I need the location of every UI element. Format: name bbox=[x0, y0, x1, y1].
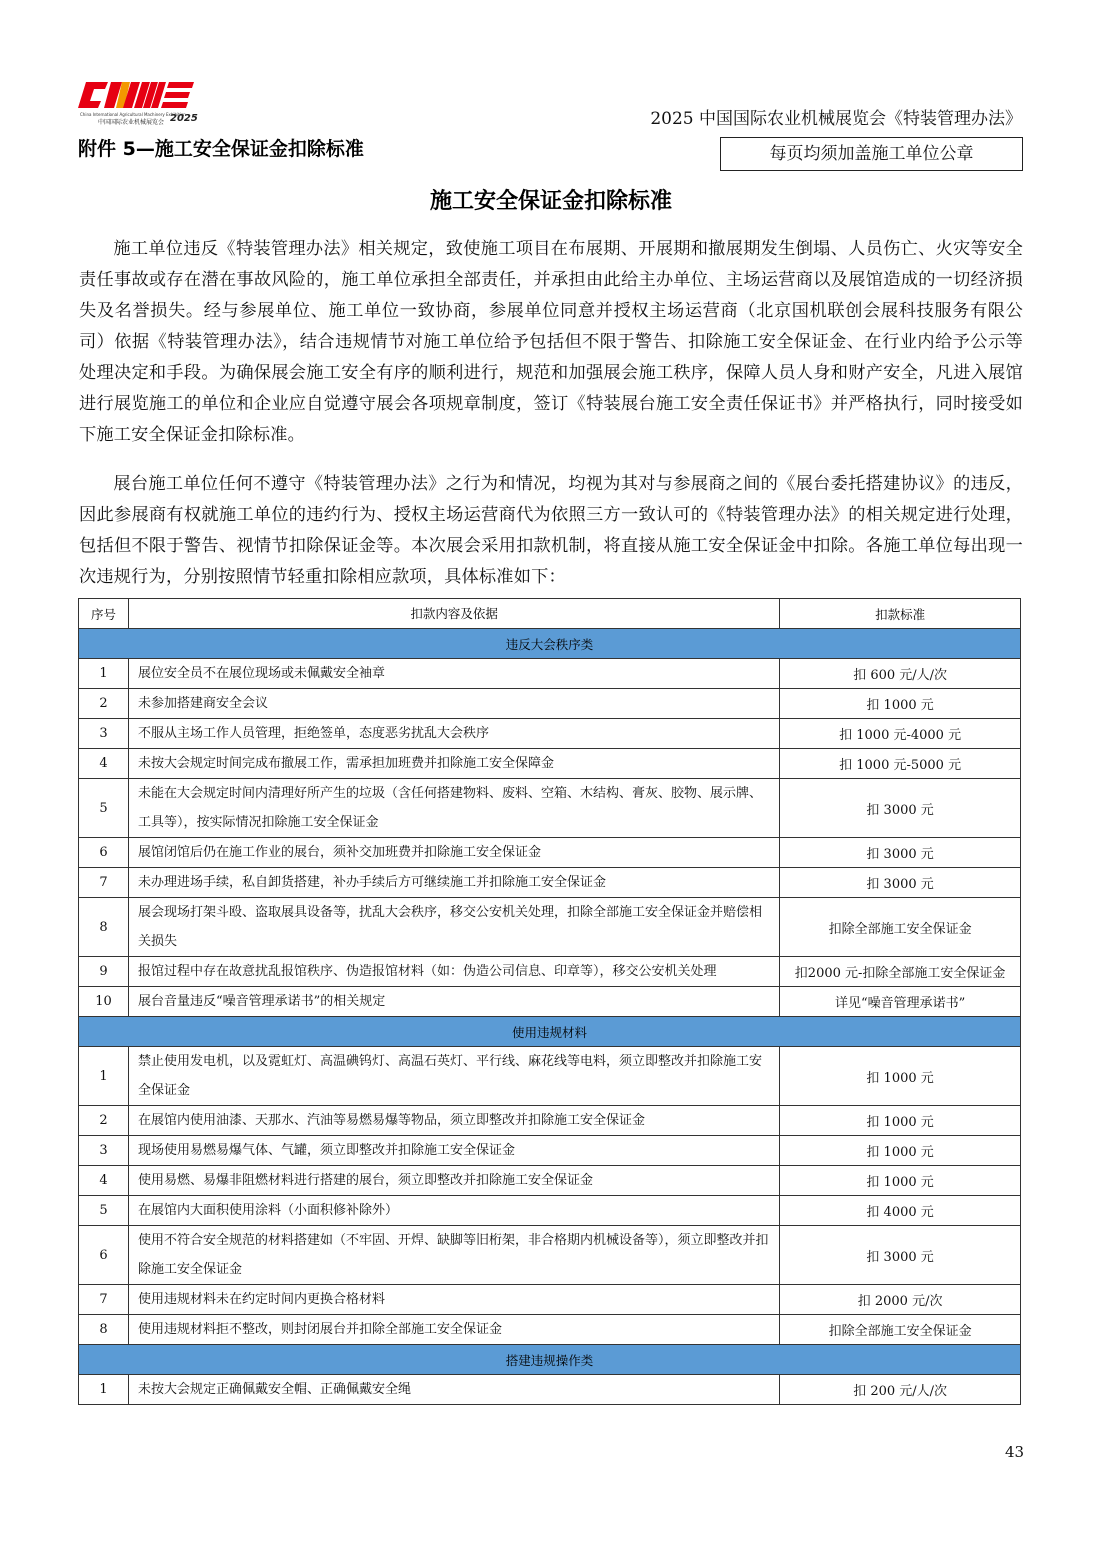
came-logo-mark-icon bbox=[78, 80, 194, 110]
row-no: 1 bbox=[79, 1375, 129, 1405]
attachment-title: 附件 5—施工安全保证金扣除标准 bbox=[78, 134, 364, 161]
row-standard: 扣 4000 元 bbox=[780, 1196, 1021, 1226]
row-no: 1 bbox=[79, 659, 129, 689]
row-content: 使用易燃、易爆非阻燃材料进行搭建的展台，须立即整改并扣除施工安全保证金 bbox=[128, 1166, 779, 1196]
table-row: 3不服从主场工作人员管理，拒绝签单，态度恶劣扰乱大会秩序扣 1000 元-400… bbox=[79, 719, 1021, 749]
row-standard: 扣 3000 元 bbox=[780, 838, 1021, 868]
row-no: 4 bbox=[79, 1166, 129, 1196]
row-no: 10 bbox=[79, 987, 129, 1017]
row-content: 未办理进场手续，私自卸货搭建，补办手续后方可继续施工并扣除施工安全保证金 bbox=[128, 868, 779, 898]
row-standard: 扣 200 元/人/次 bbox=[780, 1375, 1021, 1405]
table-row: 5未能在大会规定时间内清理好所产生的垃圾（含任何搭建物料、废料、空箱、木结构、膏… bbox=[79, 779, 1021, 838]
table-row: 6使用不符合安全规范的材料搭建如（不牢固、开焊、缺脚等旧桁架，非合格期内机械设备… bbox=[79, 1226, 1021, 1285]
row-no: 7 bbox=[79, 1285, 129, 1315]
page-number: 43 bbox=[1005, 1443, 1024, 1461]
intro-paragraph-2: 展台施工单位任何不遵守《特装管理办法》之行为和情况，均视为其对与参展商之间的《展… bbox=[79, 469, 1023, 593]
row-standard: 扣 600 元/人/次 bbox=[780, 659, 1021, 689]
table-row: 7使用违规材料未在约定时间内更换合格材料扣 2000 元/次 bbox=[79, 1285, 1021, 1315]
table-row: 4使用易燃、易爆非阻燃材料进行搭建的展台，须立即整改并扣除施工安全保证金扣 10… bbox=[79, 1166, 1021, 1196]
row-no: 1 bbox=[79, 1047, 129, 1106]
row-content: 现场使用易燃易爆气体、气罐，须立即整改并扣除施工安全保证金 bbox=[128, 1136, 779, 1166]
row-content: 报馆过程中存在故意扰乱报馆秩序、伪造报馆材料（如：伪造公司信息、印章等），移交公… bbox=[128, 957, 779, 987]
row-content: 使用不符合安全规范的材料搭建如（不牢固、开焊、缺脚等旧桁架，非合格期内机械设备等… bbox=[128, 1226, 779, 1285]
page-title: 施工安全保证金扣除标准 bbox=[0, 184, 1102, 215]
section-header-order: 违反大会秩序类 bbox=[79, 629, 1021, 659]
row-standard: 扣除全部施工安全保证金 bbox=[780, 1315, 1021, 1345]
section-header-operations: 搭建违规操作类 bbox=[79, 1345, 1021, 1375]
stamp-notice-box: 每页均须加盖施工单位公章 bbox=[720, 137, 1023, 171]
row-no: 8 bbox=[79, 1315, 129, 1345]
row-content: 不服从主场工作人员管理，拒绝签单，态度恶劣扰乱大会秩序 bbox=[128, 719, 779, 749]
row-standard: 扣 2000 元/次 bbox=[780, 1285, 1021, 1315]
table-row: 3现场使用易燃易爆气体、气罐，须立即整改并扣除施工安全保证金扣 1000 元 bbox=[79, 1136, 1021, 1166]
table-row: 1展位安全员不在展位现场或未佩戴安全袖章扣 600 元/人/次 bbox=[79, 659, 1021, 689]
row-no: 6 bbox=[79, 838, 129, 868]
row-no: 5 bbox=[79, 779, 129, 838]
table-row: 10展台音量违反“噪音管理承诺书”的相关规定详见“噪音管理承诺书” bbox=[79, 987, 1021, 1017]
header-no: 序号 bbox=[79, 599, 129, 629]
row-no: 6 bbox=[79, 1226, 129, 1285]
table-row: 1禁止使用发电机，以及霓虹灯、高温碘钨灯、高温石英灯、平行线、麻花线等电料，须立… bbox=[79, 1047, 1021, 1106]
row-content: 展位安全员不在展位现场或未佩戴安全袖章 bbox=[128, 659, 779, 689]
row-no: 5 bbox=[79, 1196, 129, 1226]
table-body: 违反大会秩序类 1展位安全员不在展位现场或未佩戴安全袖章扣 600 元/人/次 … bbox=[79, 629, 1021, 1405]
deduction-standards-table: 序号 扣款内容及依据 扣款标准 违反大会秩序类 1展位安全员不在展位现场或未佩戴… bbox=[78, 598, 1021, 1405]
logo-chinese-name: 中国国际农业机械展览会 bbox=[98, 117, 164, 126]
row-standard: 详见“噪音管理承诺书” bbox=[780, 987, 1021, 1017]
row-standard: 扣 1000 元 bbox=[780, 1106, 1021, 1136]
table-row: 1未按大会规定正确佩戴安全帽、正确佩戴安全绳扣 200 元/人/次 bbox=[79, 1375, 1021, 1405]
row-no: 7 bbox=[79, 868, 129, 898]
row-no: 2 bbox=[79, 1106, 129, 1136]
row-standard: 扣 1000 元-5000 元 bbox=[780, 749, 1021, 779]
row-no: 2 bbox=[79, 689, 129, 719]
table-header-row: 序号 扣款内容及依据 扣款标准 bbox=[79, 599, 1021, 629]
row-standard: 扣 1000 元 bbox=[780, 1166, 1021, 1196]
row-no: 3 bbox=[79, 1136, 129, 1166]
table-row: 5在展馆内大面积使用涂料（小面积修补除外）扣 4000 元 bbox=[79, 1196, 1021, 1226]
table-row: 7未办理进场手续，私自卸货搭建，补办手续后方可继续施工并扣除施工安全保证金扣 3… bbox=[79, 868, 1021, 898]
table-row: 8展会现场打架斗殴、盗取展具设备等，扰乱大会秩序，移交公安机关处理，扣除全部施工… bbox=[79, 898, 1021, 957]
row-content: 未按大会规定时间完成布撤展工作，需承担加班费并扣除施工安全保障金 bbox=[128, 749, 779, 779]
document-header-title: 2025 中国国际农业机械展览会《特装管理办法》 bbox=[650, 104, 1022, 129]
row-standard: 扣 1000 元 bbox=[780, 1047, 1021, 1106]
row-standard: 扣 3000 元 bbox=[780, 868, 1021, 898]
table-row: 2在展馆内使用油漆、天那水、汽油等易燃易爆等物品，须立即整改并扣除施工安全保证金… bbox=[79, 1106, 1021, 1136]
header-content: 扣款内容及依据 bbox=[128, 599, 779, 629]
row-standard: 扣 1000 元-4000 元 bbox=[780, 719, 1021, 749]
row-standard: 扣 3000 元 bbox=[780, 1226, 1021, 1285]
logo-year: 2025 bbox=[170, 113, 198, 124]
row-no: 9 bbox=[79, 957, 129, 987]
row-content: 未能在大会规定时间内清理好所产生的垃圾（含任何搭建物料、废料、空箱、木结构、膏灰… bbox=[128, 779, 779, 838]
table-row: 6展馆闭馆后仍在施工作业的展台，须补交加班费并扣除施工安全保证金扣 3000 元 bbox=[79, 838, 1021, 868]
table-row: 9报馆过程中存在故意扰乱报馆秩序、伪造报馆材料（如：伪造公司信息、印章等），移交… bbox=[79, 957, 1021, 987]
row-content: 在展馆内使用油漆、天那水、汽油等易燃易爆等物品，须立即整改并扣除施工安全保证金 bbox=[128, 1106, 779, 1136]
row-standard: 扣 1000 元 bbox=[780, 1136, 1021, 1166]
row-content: 在展馆内大面积使用涂料（小面积修补除外） bbox=[128, 1196, 779, 1226]
row-content: 禁止使用发电机，以及霓虹灯、高温碘钨灯、高温石英灯、平行线、麻花线等电料，须立即… bbox=[128, 1047, 779, 1106]
row-content: 未参加搭建商安全会议 bbox=[128, 689, 779, 719]
header-standard: 扣款标准 bbox=[780, 599, 1021, 629]
exhibition-logo: China International Agricultural Machine… bbox=[78, 80, 194, 124]
section-header-materials: 使用违规材料 bbox=[79, 1017, 1021, 1047]
row-standard: 扣2000 元-扣除全部施工安全保证金 bbox=[780, 957, 1021, 987]
row-no: 8 bbox=[79, 898, 129, 957]
row-content: 展馆闭馆后仍在施工作业的展台，须补交加班费并扣除施工安全保证金 bbox=[128, 838, 779, 868]
table-row: 4未按大会规定时间完成布撤展工作，需承担加班费并扣除施工安全保障金扣 1000 … bbox=[79, 749, 1021, 779]
table-row: 2未参加搭建商安全会议扣 1000 元 bbox=[79, 689, 1021, 719]
row-content: 展会现场打架斗殴、盗取展具设备等，扰乱大会秩序，移交公安机关处理，扣除全部施工安… bbox=[128, 898, 779, 957]
intro-paragraph-1: 施工单位违反《特装管理办法》相关规定，致使施工项目在布展期、开展期和撤展期发生倒… bbox=[79, 234, 1023, 451]
row-content: 展台音量违反“噪音管理承诺书”的相关规定 bbox=[128, 987, 779, 1017]
row-no: 3 bbox=[79, 719, 129, 749]
row-content: 未按大会规定正确佩戴安全帽、正确佩戴安全绳 bbox=[128, 1375, 779, 1405]
row-standard: 扣 1000 元 bbox=[780, 689, 1021, 719]
row-standard: 扣除全部施工安全保证金 bbox=[780, 898, 1021, 957]
table-row: 8使用违规材料拒不整改，则封闭展台并扣除全部施工安全保证金扣除全部施工安全保证金 bbox=[79, 1315, 1021, 1345]
row-content: 使用违规材料拒不整改，则封闭展台并扣除全部施工安全保证金 bbox=[128, 1315, 779, 1345]
row-standard: 扣 3000 元 bbox=[780, 779, 1021, 838]
row-no: 4 bbox=[79, 749, 129, 779]
row-content: 使用违规材料未在约定时间内更换合格材料 bbox=[128, 1285, 779, 1315]
